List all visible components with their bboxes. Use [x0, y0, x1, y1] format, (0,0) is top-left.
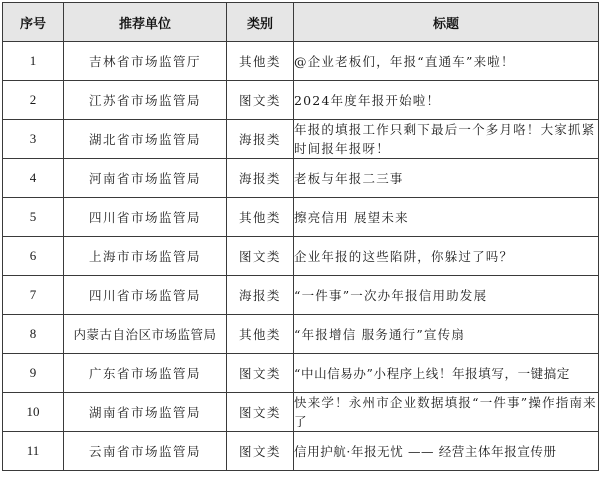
title-cell: 擦亮信用 展望未来: [294, 198, 599, 237]
title-cell: 企业年报的这些陷阱，你躲过了吗？: [294, 237, 599, 276]
title-cell: 2024年度年报开始啦！: [294, 81, 599, 120]
unit-cell: 四川省市场监管局: [64, 198, 227, 237]
header-serial-number: 序号: [3, 3, 64, 42]
table-row: 8 内蒙古自治区市场监管局 其他类 “年报增信 服务通行”宣传扇: [3, 315, 599, 354]
table-row: 5 四川省市场监管局 其他类 擦亮信用 展望未来: [3, 198, 599, 237]
unit-cell: 广东省市场监管局: [64, 354, 227, 393]
unit-cell: 四川省市场监管局: [64, 276, 227, 315]
serial-number-cell: 11: [3, 432, 64, 471]
title-cell: 快来学！永州市企业数据填报“一件事”操作指南来了: [294, 393, 599, 432]
table-row: 6 上海市市场监管局 图文类 企业年报的这些陷阱，你躲过了吗？: [3, 237, 599, 276]
unit-cell: 内蒙古自治区市场监管局: [64, 315, 227, 354]
title-cell: 年报的填报工作只剩下最后一个多月咯！大家抓紧时间报年报呀！: [294, 120, 599, 159]
category-cell: 其他类: [227, 198, 294, 237]
title-cell: “一件事”一次办年报信用助发展: [294, 276, 599, 315]
unit-cell: 吉林省市场监管厅: [64, 42, 227, 81]
serial-number-cell: 5: [3, 198, 64, 237]
serial-number-cell: 3: [3, 120, 64, 159]
title-cell: 老板与年报二三事: [294, 159, 599, 198]
header-title: 标题: [294, 3, 599, 42]
serial-number-cell: 9: [3, 354, 64, 393]
serial-number-cell: 10: [3, 393, 64, 432]
header-category: 类别: [227, 3, 294, 42]
table-row: 9 广东省市场监管局 图文类 “中山信易办”小程序上线！年报填写，一键搞定: [3, 354, 599, 393]
category-cell: 图文类: [227, 237, 294, 276]
category-cell: 其他类: [227, 315, 294, 354]
category-cell: 其他类: [227, 42, 294, 81]
unit-cell: 湖北省市场监管局: [64, 120, 227, 159]
table-row: 1 吉林省市场监管厅 其他类 @企业老板们，年报“直通车”来啦！: [3, 42, 599, 81]
category-cell: 海报类: [227, 276, 294, 315]
table-row: 7 四川省市场监管局 海报类 “一件事”一次办年报信用助发展: [3, 276, 599, 315]
category-cell: 图文类: [227, 81, 294, 120]
title-cell: 信用护航·年报无忧 —— 经营主体年报宣传册: [294, 432, 599, 471]
header-recommending-unit: 推荐单位: [64, 3, 227, 42]
unit-cell: 湖南省市场监管局: [64, 393, 227, 432]
serial-number-cell: 2: [3, 81, 64, 120]
table-row: 10 湖南省市场监管局 图文类 快来学！永州市企业数据填报“一件事”操作指南来了: [3, 393, 599, 432]
table-row: 2 江苏省市场监管局 图文类 2024年度年报开始啦！: [3, 81, 599, 120]
title-cell: “年报增信 服务通行”宣传扇: [294, 315, 599, 354]
title-cell: @企业老板们，年报“直通车”来啦！: [294, 42, 599, 81]
unit-cell: 江苏省市场监管局: [64, 81, 227, 120]
serial-number-cell: 4: [3, 159, 64, 198]
category-cell: 图文类: [227, 432, 294, 471]
serial-number-cell: 7: [3, 276, 64, 315]
unit-cell: 河南省市场监管局: [64, 159, 227, 198]
unit-cell: 上海市市场监管局: [64, 237, 227, 276]
table-row: 11 云南省市场监管局 图文类 信用护航·年报无忧 —— 经营主体年报宣传册: [3, 432, 599, 471]
unit-cell: 云南省市场监管局: [64, 432, 227, 471]
serial-number-cell: 8: [3, 315, 64, 354]
serial-number-cell: 6: [3, 237, 64, 276]
table-row: 4 河南省市场监管局 海报类 老板与年报二三事: [3, 159, 599, 198]
category-cell: 海报类: [227, 159, 294, 198]
table-row: 3 湖北省市场监管局 海报类 年报的填报工作只剩下最后一个多月咯！大家抓紧时间报…: [3, 120, 599, 159]
category-cell: 海报类: [227, 120, 294, 159]
category-cell: 图文类: [227, 393, 294, 432]
category-cell: 图文类: [227, 354, 294, 393]
recommendation-table: 序号 推荐单位 类别 标题 1 吉林省市场监管厅 其他类 @企业老板们，年报“直…: [2, 2, 599, 471]
title-cell: “中山信易办”小程序上线！年报填写，一键搞定: [294, 354, 599, 393]
serial-number-cell: 1: [3, 42, 64, 81]
table-header-row: 序号 推荐单位 类别 标题: [3, 3, 599, 42]
